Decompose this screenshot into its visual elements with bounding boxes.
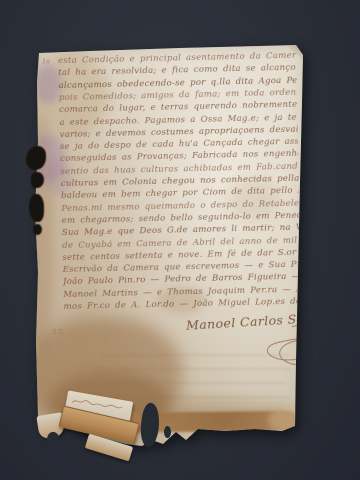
manuscript-photo: 1a 5.5. esta Condição e principal asenta… [0,0,360,480]
tear-notch-small [164,426,171,438]
paper-shadow-wrap: 1a 5.5. esta Condição e principal asenta… [0,0,360,480]
ink-blob-left-edge [29,194,44,222]
ink-blob-left-edge [33,224,42,235]
